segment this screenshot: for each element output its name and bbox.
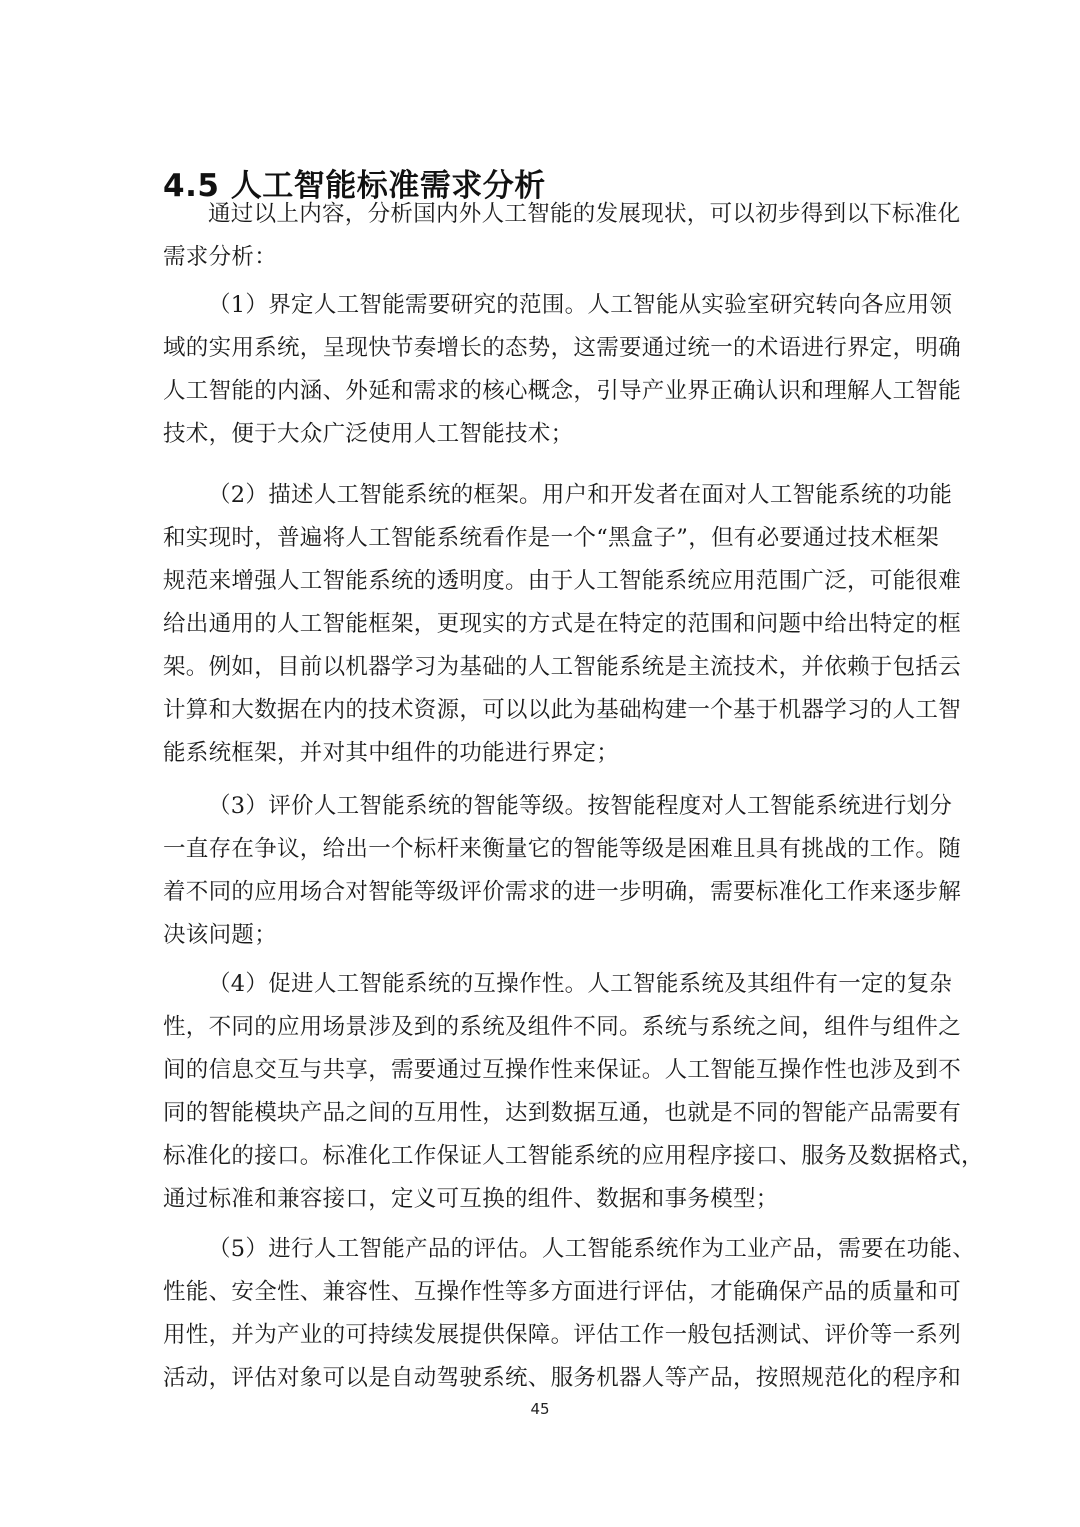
paragraph-line: 给出通用的人工智能框架，更现实的方式是在特定的范围和问题中给出特定的框 — [163, 603, 919, 646]
paragraph-line: （1）界定人工智能需要研究的范围。人工智能从实验室研究转向各应用领 — [163, 284, 919, 327]
paragraph-line: （2）描述人工智能系统的框架。用户和开发者在面对人工智能系统的功能 — [163, 474, 919, 517]
paragraph-line: 架。例如，目前以机器学习为基础的人工智能系统是主流技术，并依赖于包括云 — [163, 646, 919, 689]
paragraph-line: 用性，并为产业的可持续发展提供保障。评估工作一般包括测试、评价等一系列 — [163, 1314, 919, 1357]
paragraph-line: 规范来增强人工智能系统的透明度。由于人工智能系统应用范围广泛，可能很难 — [163, 560, 919, 603]
paragraph-line: 计算和大数据在内的技术资源，可以以此为基础构建一个基于机器学习的人工智 — [163, 689, 919, 732]
paragraph-line: 活动，评估对象可以是自动驾驶系统、服务机器人等产品，按照规范化的程序和 — [163, 1357, 919, 1400]
paragraph-line: 性能、安全性、兼容性、互操作性等多方面进行评估，才能确保产品的质量和可 — [163, 1271, 919, 1314]
paragraph-line: 域的实用系统，呈现快节奏增长的态势，这需要通过统一的术语进行界定，明确 — [163, 327, 919, 370]
paragraph-line: 着不同的应用场合对智能等级评价需求的进一步明确，需要标准化工作来逐步解 — [163, 871, 919, 914]
paragraph-line: 性，不同的应用场景涉及到的系统及组件不同。系统与系统之间，组件与组件之 — [163, 1006, 919, 1049]
paragraph-item-5: （5）进行人工智能产品的评估。人工智能系统作为工业产品，需要在功能、 性能、安全… — [163, 1228, 919, 1400]
paragraph-line: （3）评价人工智能系统的智能等级。按智能程度对人工智能系统进行划分 — [163, 785, 919, 828]
page-number: 45 — [0, 1400, 1080, 1418]
paragraph-intro: 通过以上内容，分析国内外人工智能的发展现状，可以初步得到以下标准化 需求分析： — [163, 193, 919, 279]
paragraph-item-2: （2）描述人工智能系统的框架。用户和开发者在面对人工智能系统的功能 和实现时，普… — [163, 474, 919, 775]
paragraph-line: 需求分析： — [163, 236, 919, 279]
paragraph-line: 间的信息交互与共享，需要通过互操作性来保证。人工智能互操作性也涉及到不 — [163, 1049, 919, 1092]
paragraph-line: 技术，便于大众广泛使用人工智能技术； — [163, 413, 919, 456]
paragraph-item-4: （4）促进人工智能系统的互操作性。人工智能系统及其组件有一定的复杂 性，不同的应… — [163, 963, 919, 1221]
paragraph-line: 决该问题； — [163, 914, 919, 957]
paragraph-line: （5）进行人工智能产品的评估。人工智能系统作为工业产品，需要在功能、 — [163, 1228, 919, 1271]
paragraph-item-3: （3）评价人工智能系统的智能等级。按智能程度对人工智能系统进行划分 一直存在争议… — [163, 785, 919, 957]
paragraph-line: 同的智能模块产品之间的互用性，达到数据互通，也就是不同的智能产品需要有 — [163, 1092, 919, 1135]
paragraph-line: 标准化的接口。标准化工作保证人工智能系统的应用程序接口、服务及数据格式， — [163, 1135, 919, 1178]
paragraph-line: 能系统框架，并对其中组件的功能进行界定； — [163, 732, 919, 775]
paragraph-line: 通过标准和兼容接口，定义可互换的组件、数据和事务模型； — [163, 1178, 919, 1221]
paragraph-line: （4）促进人工智能系统的互操作性。人工智能系统及其组件有一定的复杂 — [163, 963, 919, 1006]
paragraph-line: 和实现时，普遍将人工智能系统看作是一个“黑盒子”，但有必要通过技术框架 — [163, 517, 919, 560]
paragraph-line: 人工智能的内涵、外延和需求的核心概念，引导产业界正确认识和理解人工智能 — [163, 370, 919, 413]
paragraph-line: 通过以上内容，分析国内外人工智能的发展现状，可以初步得到以下标准化 — [163, 193, 919, 236]
paragraph-item-1: （1）界定人工智能需要研究的范围。人工智能从实验室研究转向各应用领 域的实用系统… — [163, 284, 919, 456]
paragraph-line: 一直存在争议，给出一个标杆来衡量它的智能等级是困难且具有挑战的工作。随 — [163, 828, 919, 871]
